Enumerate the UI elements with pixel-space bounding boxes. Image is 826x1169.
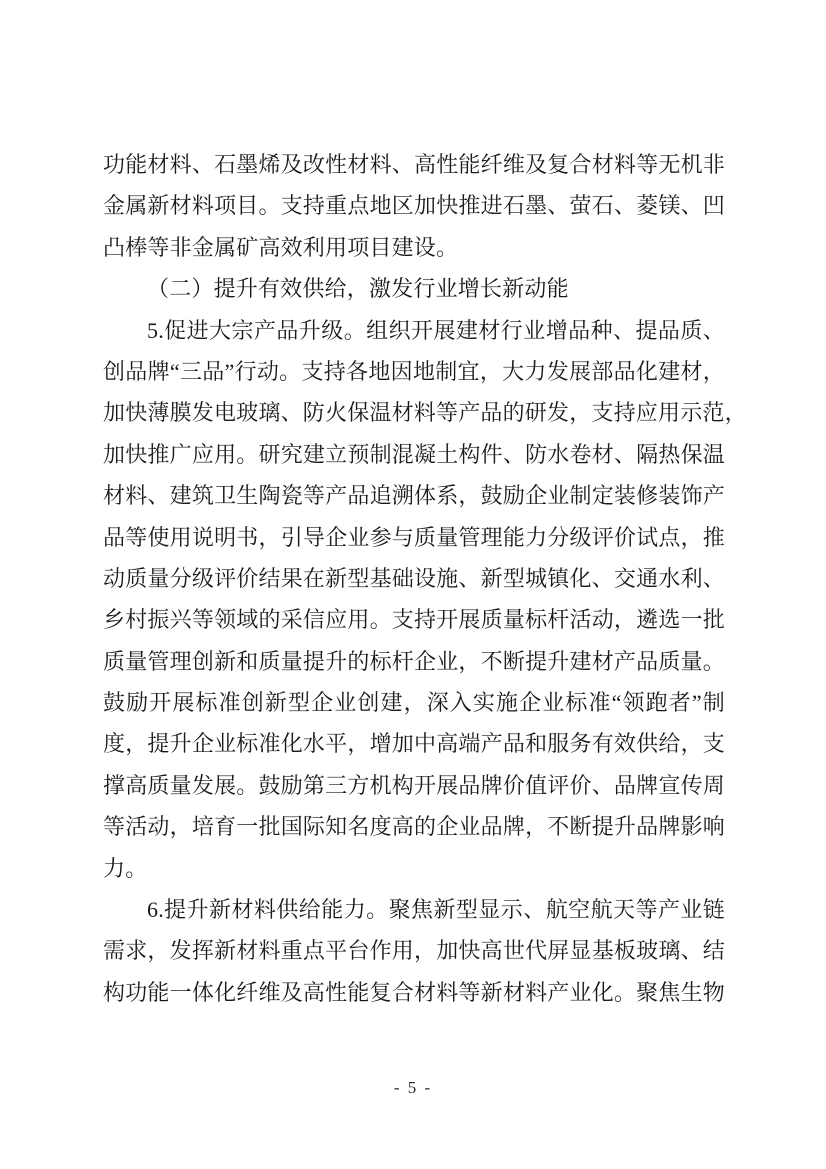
text-line: 金属新材料项目。支持重点地区加快推进石墨、萤石、菱镁、凹 [103,185,725,226]
text-line: 撑高质量发展。鼓励第三方机构开展品牌价值评价、品牌宣传周 [103,765,725,806]
text-line: 需求，发挥新材料重点平台作用，加快高世代屏显基板玻璃、结 [103,930,725,971]
text-line: 材料、建筑卫生陶瓷等产品追溯体系，鼓励企业制定装修装饰产 [103,475,725,516]
text-line: 质量管理创新和质量提升的标杆企业，不断提升建材产品质量。 [103,641,725,682]
document-page: 功能材料、石墨烯及改性材料、高性能纤维及复合材料等无机非 金属新材料项目。支持重… [0,0,826,1169]
document-body: 功能材料、石墨烯及改性材料、高性能纤维及复合材料等无机非 金属新材料项目。支持重… [103,144,725,1013]
text-line: 乡村振兴等领域的采信应用。支持开展质量标杆活动，遴选一批 [103,599,725,640]
text-line: 创品牌“三品”行动。支持各地因地制宜，大力发展部品化建材， [103,351,725,392]
text-line: 鼓励开展标准创新型企业创建，深入实施企业标准“领跑者”制 [103,682,725,723]
paragraph-start-line: 6.提升新材料供给能力。聚焦新型显示、航空航天等产业链 [103,889,725,930]
text-line: 力。 [103,848,725,889]
text-line: 度，提升企业标准化水平，增加中高端产品和服务有效供给，支 [103,723,725,764]
text-line: 加快推广应用。研究建立预制混凝土构件、防水卷材、隔热保温 [103,434,725,475]
text-line: 构功能一体化纤维及高性能复合材料等新材料产业化。聚焦生物 [103,972,725,1013]
text-line: 动质量分级评价结果在新型基础设施、新型城镇化、交通水利、 [103,558,725,599]
page-number: - 5 - [0,1078,826,1098]
text-line: 品等使用说明书，引导企业参与质量管理能力分级评价试点，推 [103,517,725,558]
text-line: 等活动，培育一批国际知名度高的企业品牌，不断提升品牌影响 [103,806,725,847]
text-line: 加快薄膜发电玻璃、防火保温材料等产品的研发，支持应用示范， [103,392,725,433]
section-heading: （二）提升有效供给，激发行业增长新动能 [103,268,725,309]
paragraph-start-line: 5.促进大宗产品升级。组织开展建材行业增品种、提品质、 [103,310,725,351]
text-line: 凸棒等非金属矿高效利用项目建设。 [103,227,725,268]
text-line: 功能材料、石墨烯及改性材料、高性能纤维及复合材料等无机非 [103,144,725,185]
